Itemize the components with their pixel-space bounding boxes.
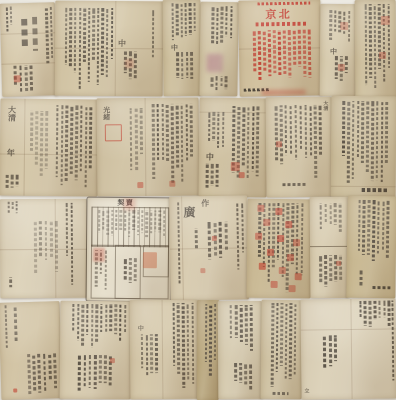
qing-dynasty-deed: 大清年 — [0, 98, 99, 196]
red-seal-stamp — [13, 388, 17, 392]
script-block — [248, 2, 310, 8]
paper-crease — [301, 328, 396, 330]
script-block — [315, 335, 338, 377]
script-block — [336, 101, 389, 185]
calligraphy-character: 年 — [7, 149, 15, 158]
large-light-deed-bottom-right: 立 — [300, 298, 396, 399]
red-seal-stamp — [277, 235, 284, 242]
script-block — [171, 201, 180, 287]
red-seal-stamp — [125, 59, 134, 68]
calligraphy-character: 大清 — [322, 101, 328, 111]
script-block — [206, 6, 233, 52]
red-seal-stamp — [123, 198, 135, 210]
calligraphy-character: 中 — [118, 39, 126, 48]
contract-dense-top-bottom-row — [60, 301, 132, 400]
script-block — [42, 6, 54, 86]
seal-covered-document — [246, 199, 311, 299]
red-seal-stamp — [200, 268, 205, 273]
script-block — [61, 8, 114, 92]
script-block — [352, 270, 362, 290]
script-block — [202, 164, 218, 190]
script-block — [3, 6, 13, 32]
calligraphy-character: 中 — [206, 153, 214, 162]
script-block — [353, 200, 390, 264]
red-seal-stamp — [239, 172, 245, 178]
red-seal-stamp — [381, 16, 390, 25]
receipt-bottom-center — [218, 301, 263, 399]
strip-with-purple-seal — [199, 2, 238, 97]
red-seal-stamp — [276, 141, 282, 147]
red-seal-stamp — [257, 205, 264, 212]
guangxu-deed: 光緒 — [97, 98, 200, 197]
script-block — [136, 334, 158, 380]
red-seal-stamp — [271, 281, 278, 288]
red-seal-stamp — [137, 182, 143, 188]
dense-manuscript-top-right — [355, 0, 396, 99]
calligraphy-character: 中 — [330, 48, 337, 56]
calligraphy-character: 廣 — [183, 206, 195, 220]
calligraphy-character: 京 北 — [265, 9, 289, 22]
narrow-dense-bottom — [260, 300, 302, 399]
tilted-deed-bottom-left — [0, 301, 63, 400]
calligraphy-character: 作 — [201, 199, 209, 208]
red-seal-stamp — [340, 22, 348, 30]
script-block — [255, 22, 307, 29]
deed-large-title-top-left — [0, 2, 57, 96]
script-block — [52, 105, 93, 189]
script-block — [145, 9, 154, 64]
paper-crease — [310, 246, 348, 247]
script-block — [3, 175, 19, 193]
script-block — [123, 108, 144, 178]
red-seal-stamp — [275, 208, 282, 215]
script-block — [3, 277, 12, 293]
script-block — [230, 363, 252, 393]
script-block — [370, 286, 390, 295]
red-seal-stamp — [143, 252, 157, 268]
account-list-document: 中 — [198, 98, 267, 198]
red-seal-stamp — [105, 124, 122, 141]
paper-crease — [350, 299, 352, 399]
red-seal-stamp — [263, 219, 270, 226]
script-block — [62, 203, 74, 291]
red-seal-stamp — [285, 221, 292, 228]
paper-crease — [162, 300, 164, 399]
script-block — [13, 17, 38, 62]
red-seal-stamp — [110, 358, 115, 363]
documents-collection-photo: 中中京 北中大清年光緒中大清契 賣廣作中立 — [0, 0, 396, 400]
calligraphy-character: 中 — [138, 326, 144, 333]
script-block — [171, 52, 193, 84]
script-block — [66, 304, 126, 349]
calligraphy-character: 光緒 — [103, 106, 111, 120]
wide-manuscript-top: 中 — [55, 1, 164, 97]
script-block — [147, 104, 194, 190]
guang-character-document: 廣作 — [169, 195, 249, 300]
red-seal-stamp — [255, 233, 262, 240]
pale-faded-document — [0, 199, 87, 299]
red-seal-stamp — [169, 181, 175, 187]
red-seal-stamp — [259, 263, 266, 270]
red-proclamation-document: 京 北 — [238, 0, 321, 97]
red-seal-stamp — [379, 52, 386, 59]
red-seal-stamp — [338, 64, 345, 71]
red-seal-stamp — [212, 236, 217, 241]
script-block — [204, 112, 224, 150]
script-block — [231, 203, 244, 283]
calligraphy-character: 立 — [304, 389, 309, 395]
script-block — [74, 355, 112, 395]
script-block — [2, 201, 18, 214]
red-seal-stamp — [279, 267, 286, 274]
script-block — [276, 183, 306, 192]
dense-manuscript-mid-right — [331, 96, 396, 197]
narrow-strip-manuscript: 中 — [162, 0, 201, 96]
script-block — [266, 303, 297, 391]
script-block — [316, 203, 342, 233]
calligraphy-character: 中 — [171, 44, 178, 52]
tan-deed-right-edge — [346, 196, 396, 299]
script-block — [26, 111, 49, 177]
script-block — [24, 353, 57, 396]
red-seal-stamp — [289, 285, 296, 292]
script-block — [168, 3, 196, 41]
red-seal-stamp — [262, 90, 306, 96]
script-block — [93, 210, 165, 243]
receipt-with-witness: 中 — [320, 4, 357, 96]
red-seal-stamp — [14, 75, 21, 82]
red-seal-stamp — [93, 248, 105, 262]
red-seal-stamp — [293, 239, 300, 246]
script-block — [272, 392, 288, 398]
script-block — [166, 303, 195, 395]
script-block — [117, 51, 137, 87]
printed-sale-deed-form: 契 賣 — [87, 198, 172, 302]
script-block — [8, 306, 19, 364]
script-block — [225, 305, 253, 357]
red-seal-stamp — [287, 254, 294, 261]
script-block — [200, 304, 216, 396]
dark-narrow-strip — [197, 300, 220, 400]
script-block — [207, 76, 227, 92]
calligraphy-character: 大清 — [7, 106, 16, 122]
mid-row-contract: 大清 — [265, 97, 332, 198]
red-seal-stamp — [207, 54, 223, 72]
script-block — [28, 221, 58, 277]
script-block — [117, 258, 137, 286]
script-block — [384, 300, 394, 394]
creased-half-document — [310, 197, 349, 298]
contract-witness-bottom: 中 — [130, 300, 199, 400]
red-seal-stamp — [295, 273, 302, 280]
red-seal-stamp — [231, 162, 240, 171]
red-seal-stamp — [336, 261, 341, 266]
red-seal-stamp — [267, 249, 274, 256]
script-block — [249, 30, 312, 86]
script-block — [188, 228, 199, 260]
